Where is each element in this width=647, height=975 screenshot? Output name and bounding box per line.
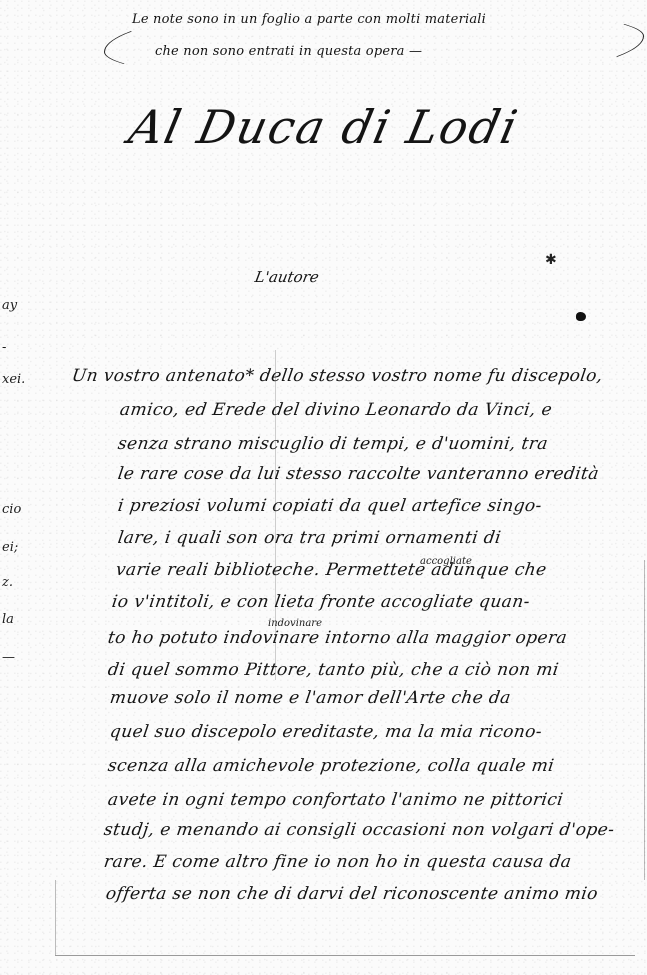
page-border-bottom	[55, 955, 635, 956]
ink-mark: ✱	[545, 252, 557, 268]
body-line-15: studj, e menando ai consigli occasioni n…	[103, 820, 616, 840]
body-line-7: varie reali biblioteche. Permettete adun…	[115, 560, 548, 580]
margin-fragment: —	[2, 650, 15, 665]
margin-fragment: z.	[2, 575, 13, 590]
body-line-14: avete in ogni tempo confortato l'animo n…	[107, 790, 565, 810]
top-note-line-2: che non sono entrati in questa opera —	[155, 44, 422, 59]
interlinear-correction: accogliate	[420, 556, 472, 567]
margin-fragment: -	[2, 340, 6, 355]
salutation: L'autore	[253, 268, 320, 286]
body-line-4: le rare cose da lui stesso raccolte vant…	[117, 464, 601, 484]
margin-fragment: cio	[2, 502, 21, 517]
manuscript-page: Le note sono in un foglio a parte con mo…	[0, 0, 647, 975]
margin-fragment: xei.	[2, 372, 25, 387]
margin-fragment: la	[2, 612, 14, 627]
page-edge	[644, 560, 645, 880]
body-line-6: lare, i quali son ora tra primi ornament…	[117, 528, 503, 548]
body-line-8: io v'intitoli, e con lieta fronte accogl…	[111, 592, 532, 612]
body-line-10: di quel sommo Pittore, tanto più, che a …	[107, 660, 560, 680]
body-line-17: offerta se non che di darvi del riconosc…	[105, 884, 600, 904]
body-line-9: to ho potuto indovinare intorno alla mag…	[107, 628, 569, 648]
body-line-11: muove solo il nome e l'amor dell'Arte ch…	[109, 688, 513, 708]
margin-fragment: ay	[2, 298, 17, 313]
body-line-3: senza strano miscuglio di tempi, e d'uom…	[117, 434, 550, 454]
body-line-13: scenza alla amichevole protezione, colla…	[107, 756, 556, 776]
body-line-2: amico, ed Erede del divino Leonardo da V…	[119, 400, 554, 420]
body-line-1: Un vostro antenato* dello stesso vostro …	[71, 366, 604, 386]
page-border-left	[55, 880, 56, 955]
body-line-16: rare. E come altro fine io non ho in que…	[103, 852, 573, 872]
margin-fragment: ei;	[2, 540, 18, 555]
body-line-12: quel suo discepolo ereditaste, ma la mia…	[109, 722, 544, 742]
body-line-5: i preziosi volumi copiati da quel artefi…	[117, 496, 544, 516]
ink-blot	[576, 312, 586, 321]
dedication-title: Al Duca di Lodi	[124, 100, 524, 154]
top-note-line-1: Le note sono in un foglio a parte con mo…	[132, 12, 486, 27]
